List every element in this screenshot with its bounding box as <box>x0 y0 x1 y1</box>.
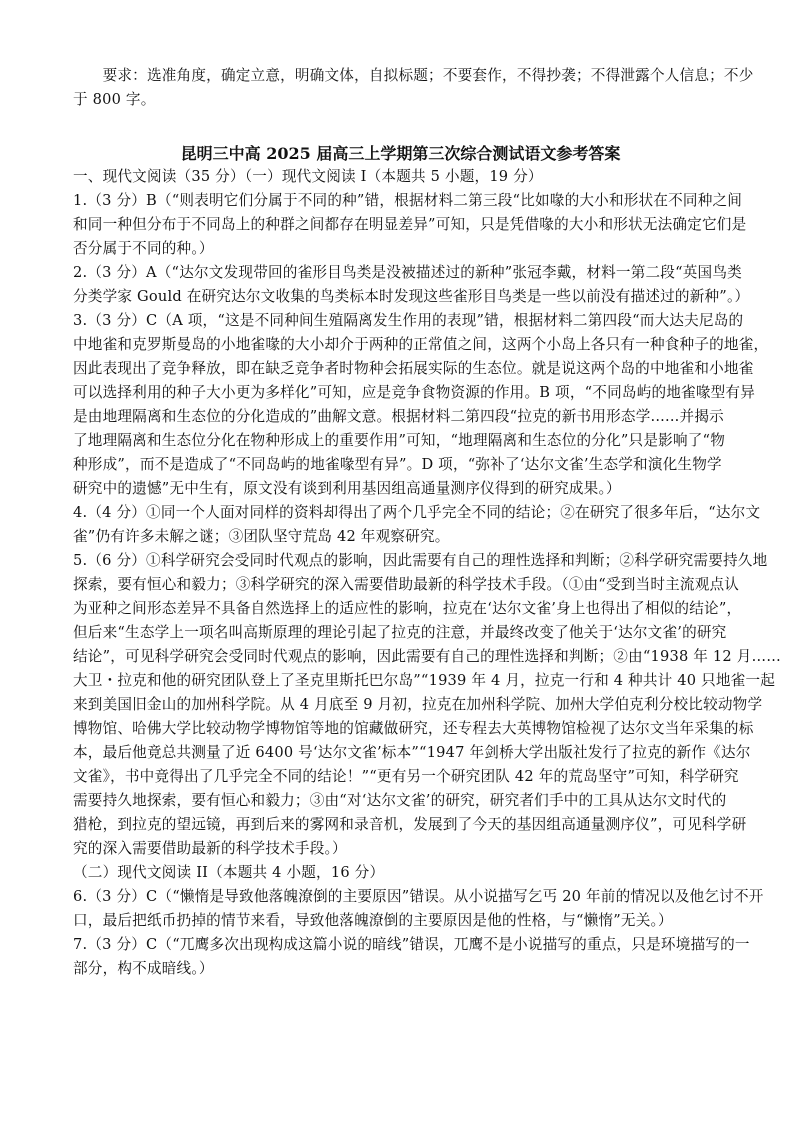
answer-q7-line: 7.（3 分）C（“兀鹰多次出现构成这篇小说的暗线”错误，兀鹰不是小说描写的重点… <box>73 935 750 955</box>
requirement-line: 于 800 字。 <box>73 90 156 110</box>
answer-q5-line: 需要持久地探索，要有恒心和毅力；③由“对‘达尔文雀’的研究，研究者们手中的工具从… <box>73 791 726 811</box>
answer-q1-line: 否分属于不同的种。） <box>73 239 214 259</box>
answer-q2-line: 分类学家 Gould 在研究达尔文收集的鸟类标本时发现这些雀形目鸟类是一些以前没… <box>73 287 749 307</box>
answer-q6-line: 6.（3 分）C（“懒惰是导致他落魄潦倒的主要原因”错误。从小说描写乞丐 20 … <box>73 887 764 907</box>
answer-q5-line: 猎枪，到拉克的望远镜，再到后来的雾网和录音机，发展到了今天的基因组高通量测序仪”… <box>73 815 746 835</box>
answer-q1-line: 1.（3 分）B（“则表明它们分属于不同的种”错，根据材料二第三段“比如喙的大小… <box>73 191 742 211</box>
answer-q5-line: 究的深入需要借助最新的科学技术手段。） <box>73 839 347 859</box>
answer-q5-line: 为亚种之间形态差异不具备自然选择上的适应性的影响，拉克在‘达尔文雀’身上也得出了… <box>73 599 741 619</box>
answer-q5-line: 本，最后他竟总共测量了近 6400 号‘达尔文雀’标本”“1947 年剑桥大学出… <box>73 743 751 763</box>
answer-q1-line: 和同一种但分布于不同岛上的种群之间都存在明显差异”可知，只是凭借喙的大小和形状无… <box>73 215 746 235</box>
answer-q3-line: 是由地理隔离和生态位的分化造成的”曲解文意。根据材料二第四段“拉克的新书用形态学… <box>73 407 724 427</box>
answer-q5-line: 5.（6 分）①科学研究会受同时代观点的影响，因此需要有自己的理性选择和判断；②… <box>73 551 767 571</box>
answer-q5-line: 结论”，可见科学研究会受同时代观点的影响，因此需要有自己的理性选择和判断；②由“… <box>73 647 781 667</box>
answer-q5-line: 但后来“生态学上一项名叫高斯原理的理论引起了拉克的注意，并最终改变了他关于‘达尔… <box>73 623 726 643</box>
answer-q6-line: 口，最后把纸币扔掉的情节来看，导致他落魄潦倒的主要原因是他的性格，与“懒惰”无关… <box>73 911 673 931</box>
answer-q3-line: 种形成”，而不是造成了“不同岛屿的地雀喙型有异”。D 项，“弥补了‘达尔文雀’生… <box>73 455 722 475</box>
answer-q3-line: 3.（3 分）C（A 项，“这是不同种间生殖隔离发生作用的表现”错，根据材料二第… <box>73 311 743 331</box>
answer-q3-line: 可以选择利用的种子大小更为多样化”可知，应是竞争食物资源的作用。B 项，“不同岛… <box>73 383 755 403</box>
answer-key-title: 昆明三中高 2025 届高三上学期第三次综合测试语文参考答案 <box>73 143 728 165</box>
answer-q5-line: 来到美国旧金山的加州科学院。从 4 月底至 9 月初，拉克在加州科学院、加州大学… <box>73 695 762 715</box>
answer-q3-line: 中地雀和克罗斯曼岛的小地雀喙的大小却介于两种的正常值之间，这两个小岛上各只有一种… <box>73 335 768 355</box>
answer-q4-line: 雀”仍有许多未解之谜；③团队坚守荒岛 42 年观察研究。 <box>73 527 450 547</box>
answer-q2-line: 2.（3 分）A（“达尔文发现带回的雀形目鸟类是没被描述过的新种”张冠李戴，材料… <box>73 263 742 283</box>
answer-q3-line: 研究中的遗憾”无中生有，原文没有谈到利用基因组高通量测序仪得到的研究成果。） <box>73 479 621 499</box>
answer-q5-line: 博物馆、哈佛大学比较动物学博物馆等地的馆藏做研究，还专程去大英博物馆检视了达尔文… <box>73 719 754 739</box>
answer-q3-line: 了地理隔离和生态位分化在物种形成上的重要作用”可知，“地理隔离和生态位的分化”只… <box>73 431 725 451</box>
requirement-line: 要求：选准角度，确定立意，明确文体，自拟标题；不要套作，不得抄袭；不得泄露个人信… <box>73 66 754 86</box>
answer-q4-line: 4.（4 分）①同一个人面对同样的资料却得出了两个几乎完全不同的结论；②在研究了… <box>73 503 760 523</box>
answer-q5-line: 探索，要有恒心和毅力；③科学研究的深入需要借助最新的科学技术手段。（①由“受到当… <box>73 575 739 595</box>
answer-q5-line: 大卫・拉克和他的研究团队登上了圣克里斯托巴尔岛”“1939 年 4 月，拉克一行… <box>73 671 775 691</box>
section-heading: （二）现代文阅读 II（本题共 4 小题，16 分） <box>73 863 384 883</box>
section-heading: 一、现代文阅读（35 分）（一）现代文阅读 I（本题共 5 小题，19 分） <box>73 167 543 187</box>
answer-q7-line: 部分，构不成暗线。） <box>73 959 214 979</box>
answer-q3-line: 因此表现出了竞争释放，即在缺乏竞争者时物种会拓展实际的生态位。就是说这两个岛的中… <box>73 359 754 379</box>
answer-q5-line: 文雀》，书中竟得出了几乎完全不同的结论！”“更有另一个研究团队 42 年的荒岛坚… <box>73 767 739 787</box>
